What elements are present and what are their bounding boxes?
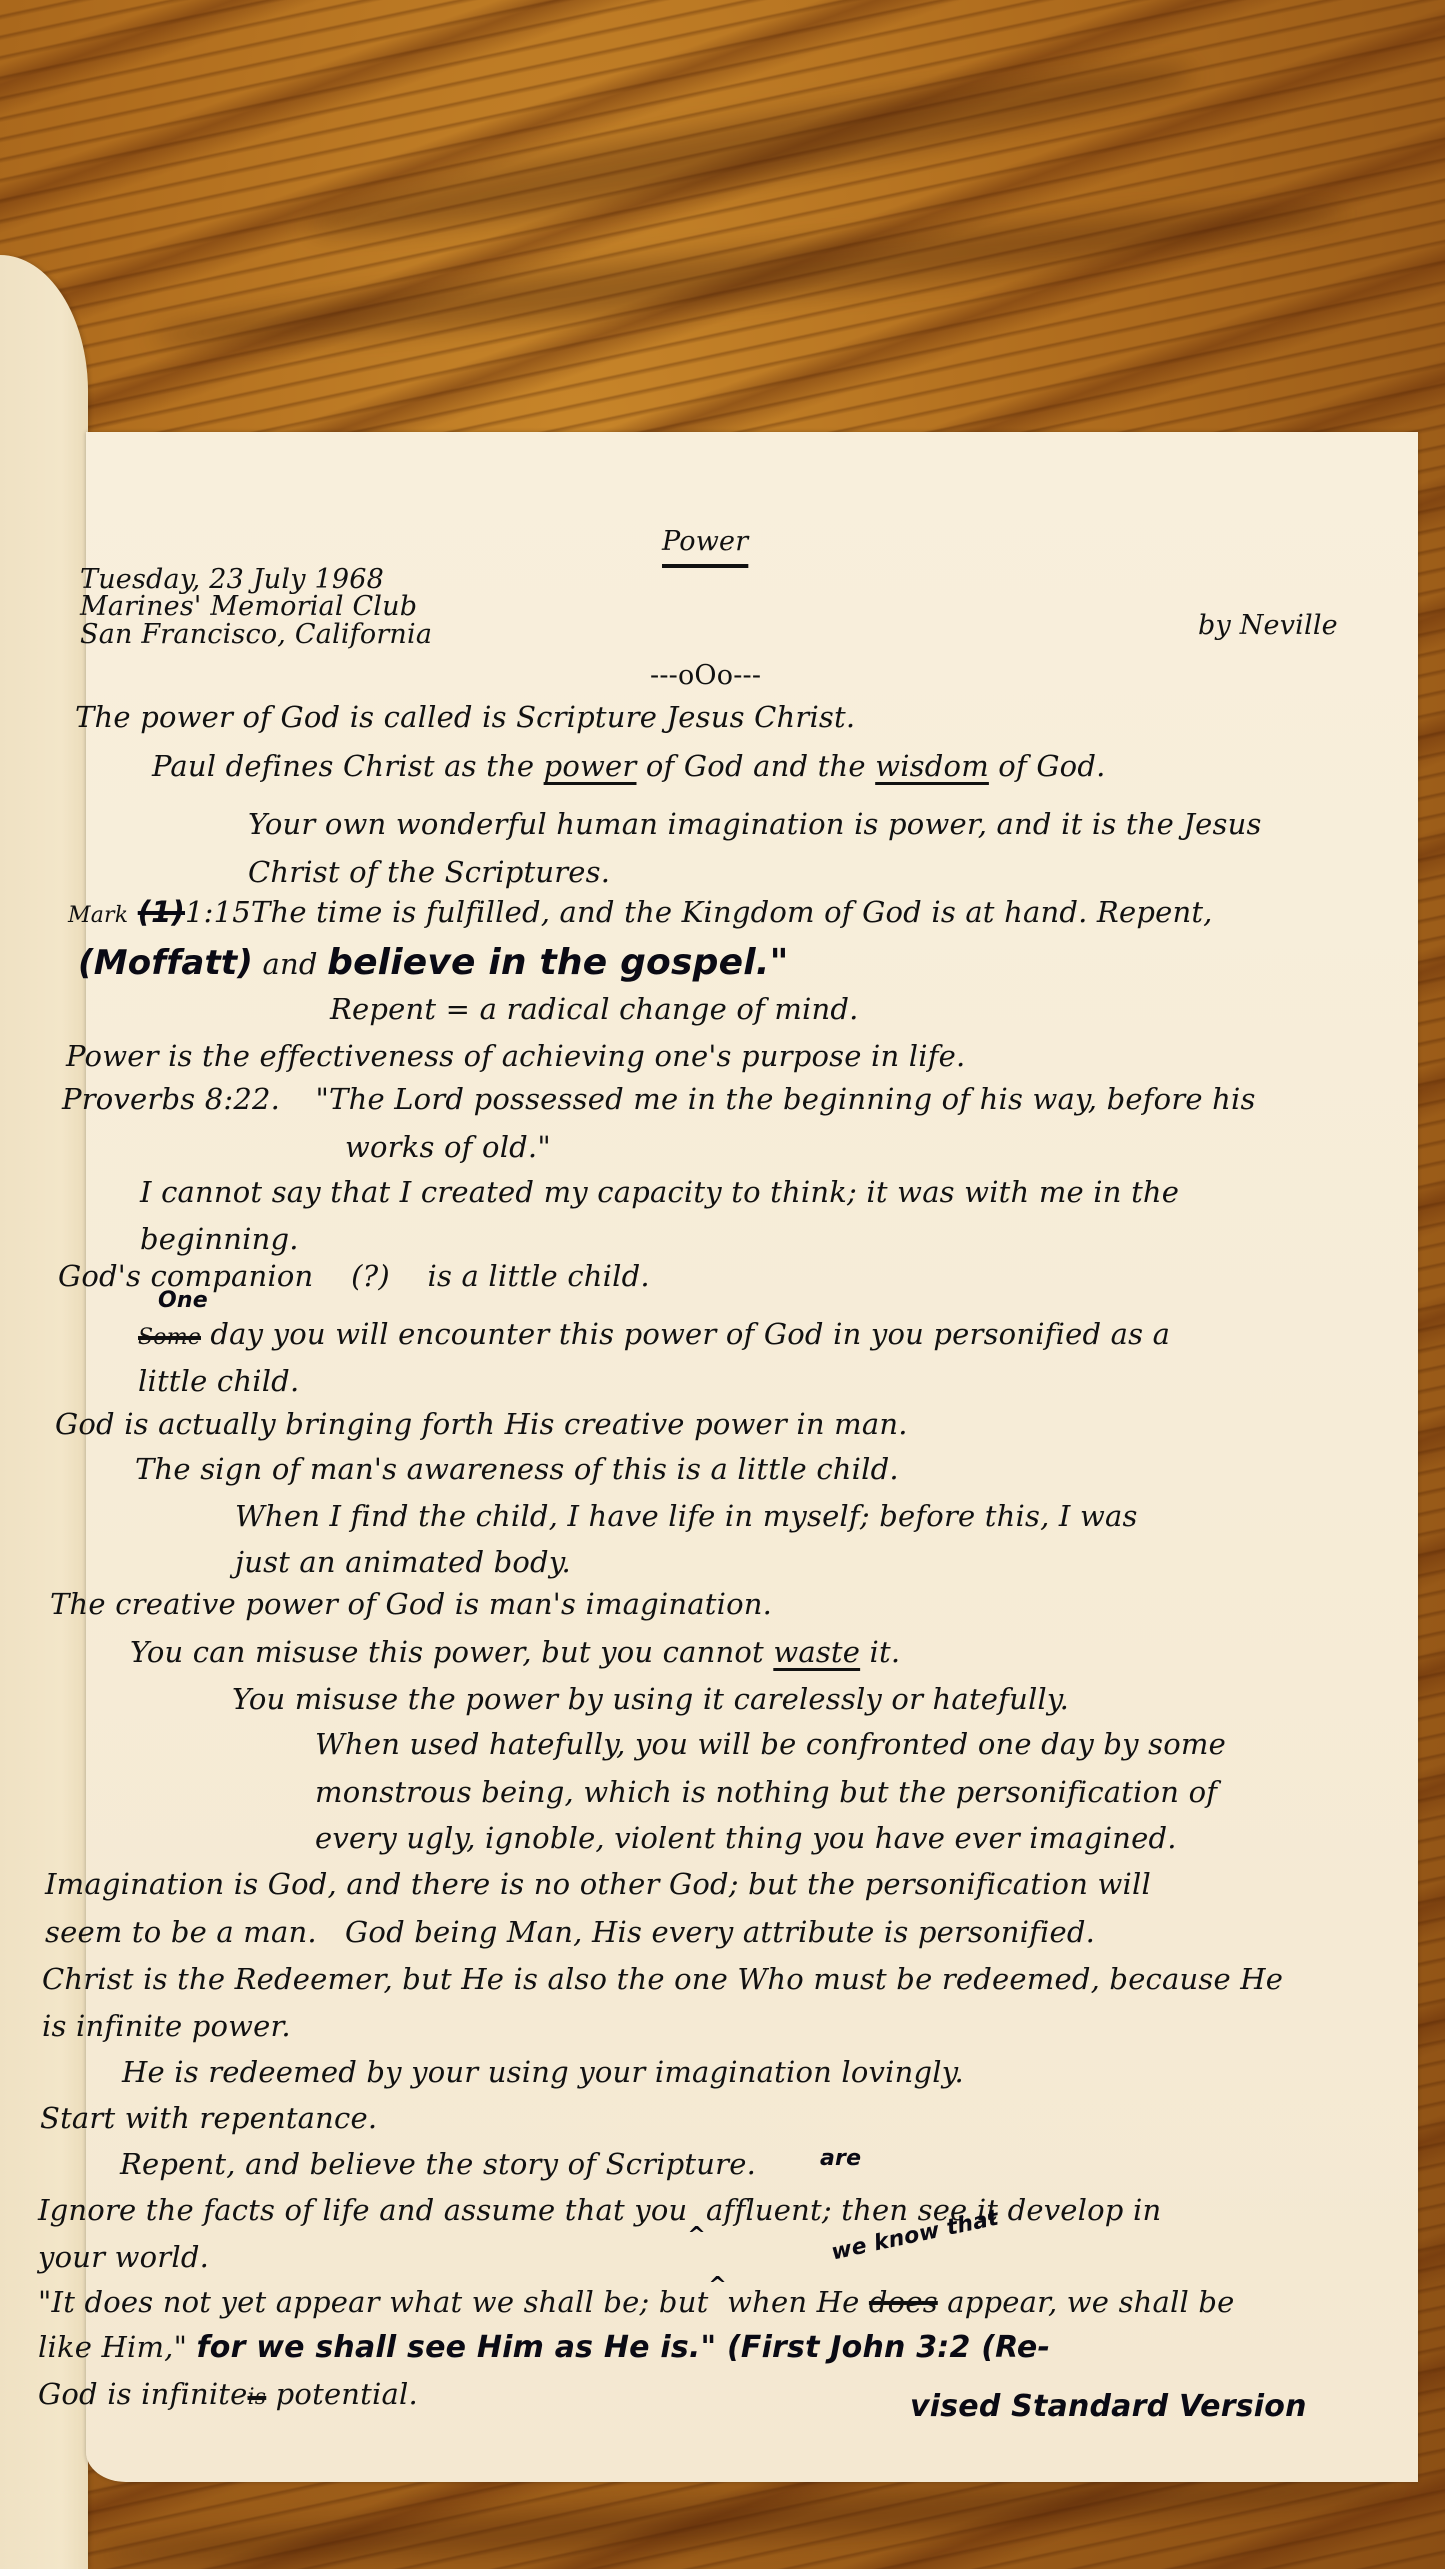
text-line: Your own wonderful human imagination is … — [248, 810, 1262, 839]
text-line: Proverbs 8:22. "The Lord possessed me in… — [62, 1085, 1256, 1114]
text-line: "It does not yet appear what we shall be… — [38, 2288, 1235, 2317]
text-segment: and — [263, 947, 318, 981]
header-author: by Neville — [1198, 612, 1338, 640]
text-line: I cannot say that I created my capacity … — [140, 1178, 1179, 1207]
text-line: Start with repentance. — [40, 2104, 377, 2133]
verse-number: 1:15 — [185, 895, 251, 929]
document-title: Power — [662, 528, 748, 555]
text-line: Christ of the Scriptures. — [248, 858, 610, 887]
underlined-word: waste — [773, 1635, 860, 1669]
text-line: beginning. — [140, 1225, 299, 1254]
text-segment: it. — [860, 1635, 900, 1669]
scripture-reference: Mark — [68, 903, 128, 928]
text-line: Imagination is God, and there is no othe… — [45, 1870, 1151, 1899]
text-line: You can misuse this power, but you canno… — [130, 1638, 900, 1667]
header-date: Tuesday, 23 July 1968 — [80, 566, 384, 594]
text-line: You misuse the power by using it careles… — [232, 1685, 1069, 1714]
text-line: God's companion (?) is a little child. — [58, 1262, 650, 1291]
text-line: is infinite power. — [42, 2012, 291, 2041]
text-line: Repent, and believe the story of Scriptu… — [120, 2150, 756, 2179]
text-segment: of God. — [989, 749, 1106, 783]
text-line: works of old." — [345, 1133, 551, 1162]
text-line: Paul defines Christ as the power of God … — [152, 752, 1106, 781]
text-line: When I find the child, I have life in my… — [235, 1502, 1138, 1531]
struck-text: (1) — [138, 895, 185, 929]
text-segment: "It does not yet appear what we shall be… — [38, 2285, 708, 2319]
text-line: God is actually bringing forth His creat… — [55, 1410, 908, 1439]
text-line: God is infiniteis potential. — [38, 2380, 418, 2409]
handwritten-correction: One — [158, 1290, 208, 1312]
handwritten-note: vised Standard Version — [910, 2392, 1307, 2422]
text-segment: day you will encounter this power of God… — [210, 1317, 1170, 1351]
struck-text: Some — [138, 1325, 201, 1350]
text-line: monstrous being, which is nothing but th… — [315, 1778, 1217, 1807]
text-segment: appear, we shall be — [947, 2285, 1234, 2319]
text-line: like Him," for we shall see Him as He is… — [38, 2333, 1050, 2363]
text-segment: The time is fulfilled, and the Kingdom o… — [251, 895, 1213, 929]
document-text: Power Tuesday, 23 July 1968 Marines' Mem… — [0, 0, 1445, 2569]
text-line: Repent = a radical change of mind. — [330, 995, 859, 1024]
text-line: Mark (1)1:15The time is fulfilled, and t… — [68, 898, 1213, 927]
text-segment: potential. — [266, 2377, 418, 2411]
text-line: Power is the effectiveness of achieving … — [66, 1042, 965, 1071]
text-line: The sign of man's awareness of this is a… — [135, 1455, 899, 1484]
text-line: seem to be a man. God being Man, His eve… — [45, 1918, 1095, 1947]
text-segment: when He — [727, 2285, 859, 2319]
text-segment: Repent, and believe the story of Scriptu… — [120, 2147, 756, 2181]
text-line: every ugly, ignoble, violent thing you h… — [315, 1824, 1177, 1853]
text-segment: Ignore the facts of life and assume that… — [38, 2193, 687, 2227]
handwritten-note: for we shall see Him as He is." (First J… — [197, 2330, 1051, 2365]
handwritten-note: believe in the gospel." — [327, 942, 788, 983]
text-line: your world. — [38, 2243, 209, 2272]
handwritten-note: (Moffatt) — [78, 943, 253, 983]
separator: ---oOo--- — [650, 662, 761, 690]
text-segment: God is infinite — [38, 2377, 248, 2411]
insertion-caret: ^ — [708, 2273, 727, 2298]
text-line: When used hatefully, you will be confron… — [315, 1730, 1226, 1759]
underlined-word: wisdom — [875, 749, 989, 783]
scripture-reference: Proverbs 8:22. — [62, 1082, 280, 1116]
text-line: He is redeemed by your using your imagin… — [122, 2058, 964, 2087]
struck-text: does — [869, 2285, 938, 2319]
underlined-word: power — [544, 749, 637, 783]
header-location: San Francisco, California — [80, 621, 432, 649]
insertion-caret: ^ — [687, 2223, 706, 2248]
header-venue: Marines' Memorial Club — [80, 593, 417, 621]
text-segment: "The Lord possessed me in the beginning … — [315, 1082, 1255, 1116]
text-segment: Paul defines Christ as the — [152, 749, 544, 783]
text-line: The power of God is called is Scripture … — [75, 703, 855, 732]
text-segment: You can misuse this power, but you canno… — [130, 1635, 773, 1669]
text-line: Some day you will encounter this power o… — [138, 1320, 1170, 1349]
text-line: Christ is the Redeemer, but He is also t… — [42, 1965, 1283, 1994]
text-line: just an animated body. — [235, 1548, 571, 1577]
handwritten-insertion: are — [820, 2148, 861, 2170]
struck-text: is — [248, 2385, 267, 2410]
text-line: The creative power of God is man's imagi… — [50, 1590, 772, 1619]
text-segment: like Him," — [38, 2330, 187, 2364]
text-segment: of God and the — [636, 749, 875, 783]
text-line: (Moffatt) and believe in the gospel." — [78, 945, 789, 981]
text-line: little child. — [138, 1367, 299, 1396]
